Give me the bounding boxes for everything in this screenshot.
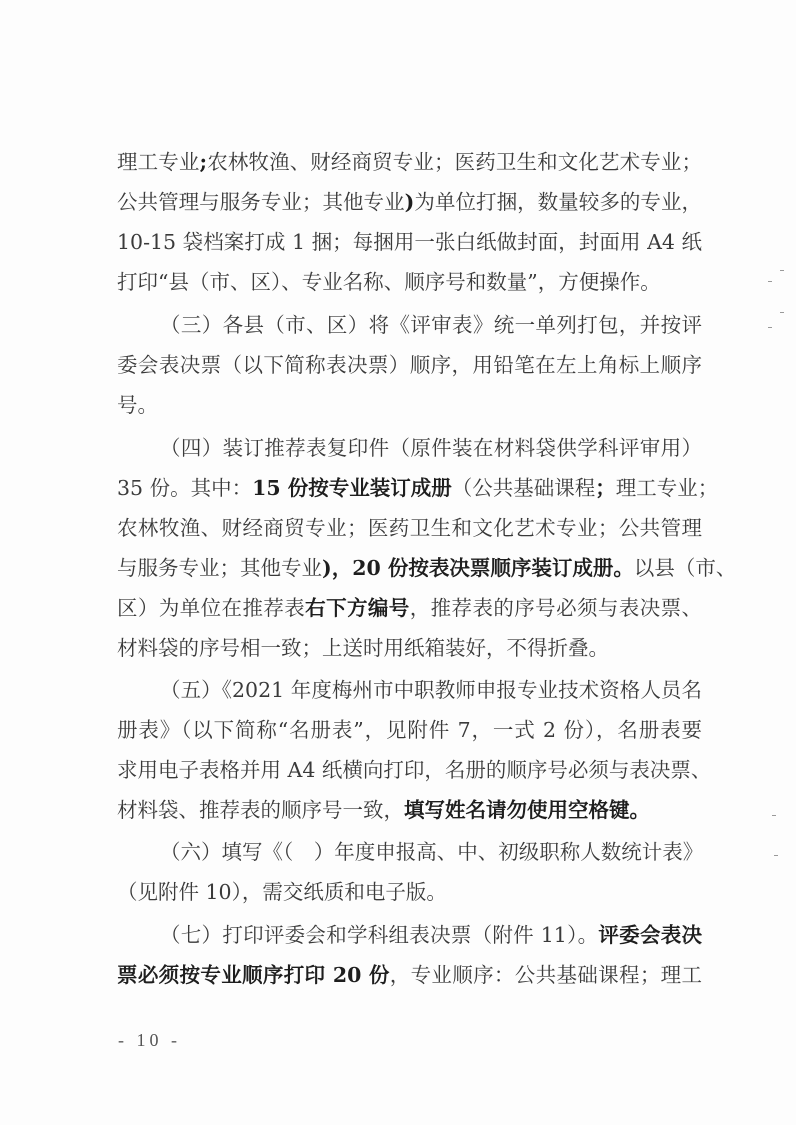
- text-run: 理工专业: [117, 150, 200, 174]
- text-line: 材料袋、推荐表的顺序号一致，填写姓名请勿使用空格键。: [117, 795, 702, 825]
- document-page: 理工专业;农林牧渔、财经商贸专业；医药卫生和文化艺术专业；公共管理与服务专业；其…: [0, 0, 796, 1125]
- text-line: 农林牧渔、财经商贸专业；医药卫生和文化艺术专业；公共管理: [117, 513, 702, 543]
- text-line: （六）填写《（ ）年度申报高、中、初级职称人数统计表》: [160, 837, 702, 867]
- scan-mark: [780, 312, 784, 313]
- text-run: 公共管理与服务专业；其他专业: [117, 190, 405, 214]
- scan-mark: [780, 270, 784, 271]
- text-run: 材料袋的序号相一致；上送时用纸箱装好，不得折叠。: [117, 636, 609, 660]
- scan-mark: [774, 855, 778, 856]
- text-line: 与服务专业；其他专业)，20 份按表决票顺序装订成册。以县（市、: [117, 553, 702, 583]
- scan-mark: [772, 815, 776, 816]
- text-line: 求用电子表格并用 A4 纸横向打印，名册的顺序号必须与表决票、: [117, 755, 702, 785]
- text-line: （见附件 10），需交纸质和电子版。: [117, 877, 702, 907]
- text-run: 求用电子表格并用 A4 纸横向打印，名册的顺序号必须与表决票、: [117, 758, 711, 782]
- text-run: （三）各县（市、区）将《评审表》统一单列打包，并按评: [160, 313, 702, 337]
- text-run: 区）为单位在推荐表: [117, 596, 305, 620]
- text-run: 号。: [117, 393, 158, 417]
- text-line: 公共管理与服务专业；其他专业)为单位打捆，数量较多的专业，: [117, 187, 702, 217]
- text-run: 农林牧渔、财经商贸专业；医药卫生和文化艺术专业；: [207, 150, 702, 174]
- text-line: 理工专业;农林牧渔、财经商贸专业；医药卫生和文化艺术专业；: [117, 147, 702, 177]
- text-run: 材料袋、推荐表的顺序号一致，: [117, 798, 404, 822]
- text-line: 票必须按专业顺序打印 20 份，专业顺序：公共基础课程；理工: [117, 960, 702, 990]
- text-run: （五）《2021 年度梅州市中职教师申报专业技术资格人员名: [160, 678, 702, 702]
- text-line: （五）《2021 年度梅州市中职教师申报专业技术资格人员名: [160, 675, 702, 705]
- bold-text-run: 票必须按专业顺序打印 20 份: [117, 963, 390, 987]
- text-run: 农林牧渔、财经商贸专业；医药卫生和文化艺术专业；公共管理: [117, 516, 702, 540]
- text-run: 35 份。其中：: [117, 476, 252, 500]
- text-run: ，专业顺序：公共基础课程；理工: [390, 963, 702, 987]
- text-line: 35 份。其中：15 份按专业装订成册（公共基础课程；理工专业；: [117, 473, 702, 503]
- text-run: （四）装订推荐表复印件（原件装在材料袋供学科评审用）: [160, 436, 702, 460]
- text-line: 材料袋的序号相一致；上送时用纸箱装好，不得折叠。: [117, 633, 702, 663]
- text-run: ，推荐表的序号必须与表决票、: [410, 596, 702, 620]
- bold-text-run: )，20 份按表决票顺序装订成册。: [322, 556, 634, 580]
- bold-text-run: 右下方编号: [305, 596, 410, 620]
- bold-text-run: 15 份按专业装订成册: [252, 476, 452, 500]
- scan-mark: [768, 327, 772, 328]
- text-run: 为单位打捆，数量较多的专业，: [414, 190, 702, 214]
- text-line: 打印“县（市、区）、专业名称、顺序号和数量”，方便操作。: [117, 267, 702, 297]
- page-number: - 10 -: [118, 1030, 181, 1051]
- text-run: （六）填写《（ ）年度申报高、中、初级职称人数统计表》: [160, 840, 703, 864]
- text-line: 委会表决票（以下简称表决票）顺序，用铅笔在左上角标上顺序: [117, 350, 702, 380]
- text-line: 10-15 袋档案打成 1 捆；每捆用一张白纸做封面，封面用 A4 纸: [117, 227, 702, 257]
- text-line: （四）装订推荐表复印件（原件装在材料袋供学科评审用）: [160, 433, 702, 463]
- text-run: 以县（市、: [634, 556, 737, 580]
- text-run: （七）打印评委会和学科组表决票（附件 11）。: [160, 923, 598, 947]
- bold-text-run: 评委会表决: [598, 923, 702, 947]
- bold-text-run: ;: [200, 150, 208, 174]
- text-run: （公共基础课程: [452, 476, 596, 500]
- scan-mark: [768, 281, 772, 282]
- text-run: 与服务专业；其他专业: [117, 556, 322, 580]
- text-run: 10-15 袋档案打成 1 捆；每捆用一张白纸做封面，封面用 A4 纸: [117, 230, 702, 254]
- text-run: （见附件 10），需交纸质和电子版。: [117, 880, 447, 904]
- text-run: 理工专业；: [616, 476, 719, 500]
- text-line: 册表》（以下简称“名册表”，见附件 7，一式 2 份），名册表要: [117, 715, 702, 745]
- text-line: 号。: [117, 390, 702, 420]
- bold-text-run: ；: [595, 476, 616, 500]
- bold-text-run: 填写姓名请勿使用空格键。: [404, 798, 650, 822]
- bold-text-run: ): [405, 190, 415, 214]
- text-run: 册表》（以下简称“名册表”，见附件 7，一式 2 份），名册表要: [117, 718, 702, 742]
- text-run: 委会表决票（以下简称表决票）顺序，用铅笔在左上角标上顺序: [117, 353, 702, 377]
- text-line: （七）打印评委会和学科组表决票（附件 11）。评委会表决: [160, 920, 702, 950]
- text-line: （三）各县（市、区）将《评审表》统一单列打包，并按评: [160, 310, 702, 340]
- text-line: 区）为单位在推荐表右下方编号，推荐表的序号必须与表决票、: [117, 593, 702, 623]
- text-run: 打印“县（市、区）、专业名称、顺序号和数量”，方便操作。: [117, 270, 661, 294]
